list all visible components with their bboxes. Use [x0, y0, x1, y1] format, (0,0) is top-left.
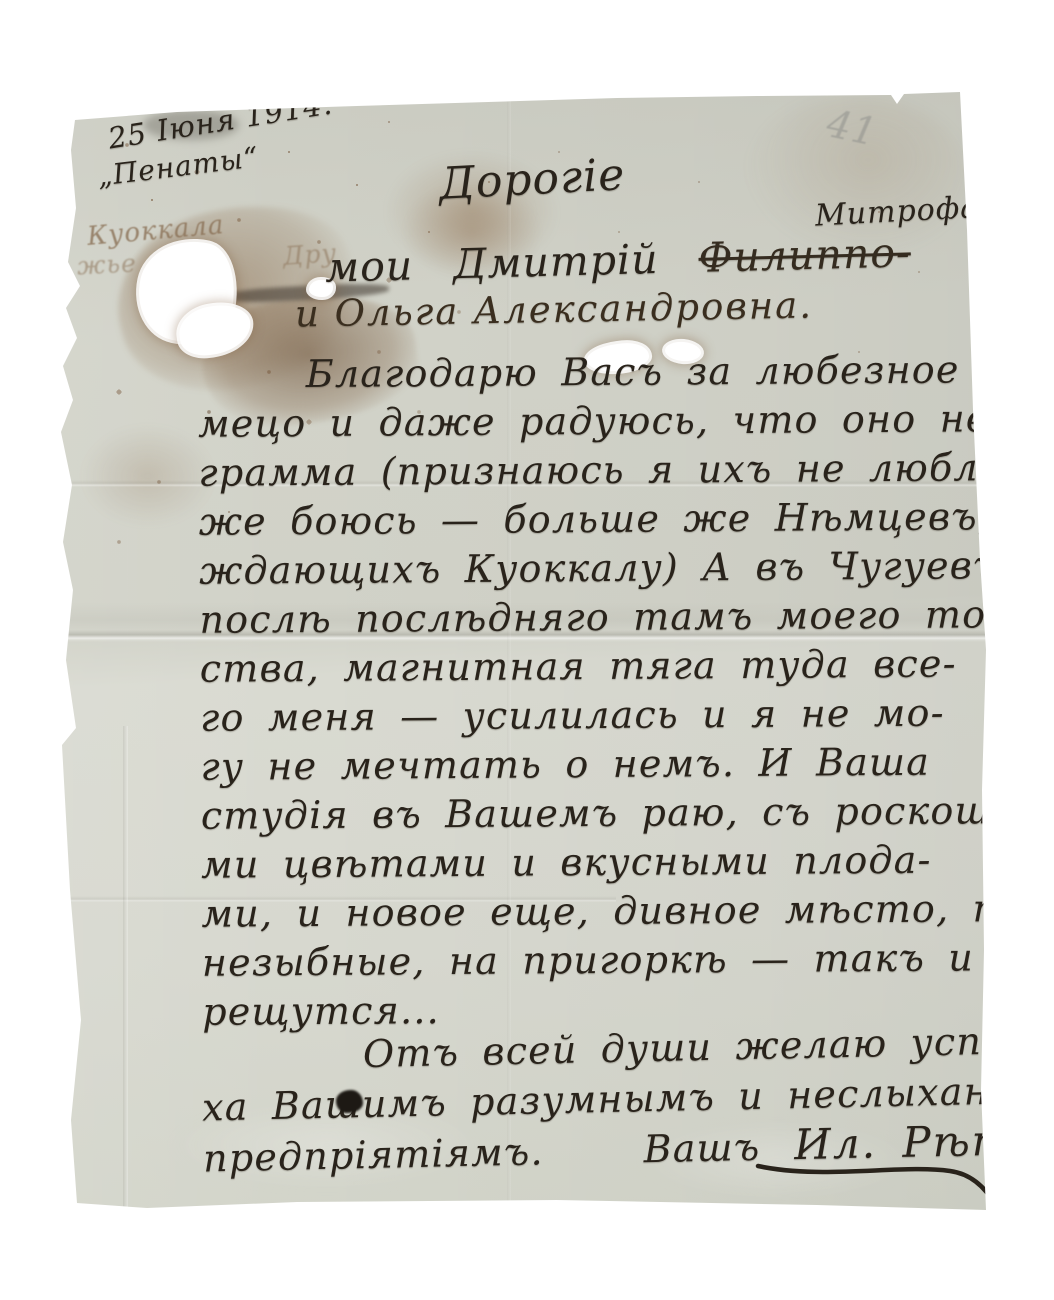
letter-body: Благодарю Васъ за любезное пись- мецо и …	[198, 345, 1003, 1037]
body-line: студія въ Вашемъ раю, съ роскошны-	[201, 786, 1001, 841]
body-line: ми, и новое еще, дивное мѣсто, пруды	[201, 884, 1001, 939]
stain-blob	[83, 426, 213, 526]
body-line: же боюсь — больше же Нѣмцевъ, оса-	[199, 492, 999, 547]
body-line: ства, магнитная тяга туда все-	[200, 639, 1000, 694]
signature-prefix: Вашъ	[643, 1122, 761, 1174]
salutation-names: мои Дмитрій	[324, 235, 659, 292]
body-line: послѣ послѣдняго тамъ моего торже-	[199, 590, 999, 645]
body-line: грамма (признаюсь я ихъ не люблю и да-	[198, 443, 998, 498]
scan-background: 25 Іюня 1914. „Пенаты“ Куоккала Дру жье …	[0, 0, 1054, 1300]
fold-crease-vertical	[123, 726, 128, 1216]
body-line: ждающихъ Куоккалу) А въ Чугуевъ,	[199, 541, 999, 596]
salutation-inserted-name: Митрофа-	[814, 189, 991, 233]
body-line: ми цвѣтами и вкусными плода-	[201, 835, 1001, 890]
letter-paper: 25 Іюня 1914. „Пенаты“ Куоккала Дру жье …	[57, 90, 989, 1216]
salutation-struck-name: Филиппо-	[698, 228, 911, 282]
letter-closing: Отъ всей души желаю успѣ- ха Вашимъ разу…	[201, 1016, 1014, 1184]
pencil-numbering: 41	[823, 101, 881, 155]
faded-text-fragment: жье	[76, 248, 137, 280]
signature-name: Ил. Рѣпинъ	[794, 1114, 1054, 1170]
body-line: незыбные, на пригоркѣ — такъ и ме-	[202, 933, 1002, 988]
body-line: мецо и даже радуюсь, что оно не теле-	[198, 394, 998, 449]
body-line: го меня — усилилась и я не мо-	[200, 688, 1000, 743]
closing-line: предпріятіямъ.	[203, 1126, 545, 1183]
salutation-line: мои Дмитрій Филиппо-	[324, 228, 911, 291]
salutation-line: и Ольга Александровна.	[295, 283, 814, 335]
body-line: Благодарю Васъ за любезное пись-	[306, 345, 998, 399]
salutation-word: Дорогіе	[438, 149, 627, 210]
body-line: гу не мечтать о немъ. И Ваша	[200, 737, 1000, 792]
